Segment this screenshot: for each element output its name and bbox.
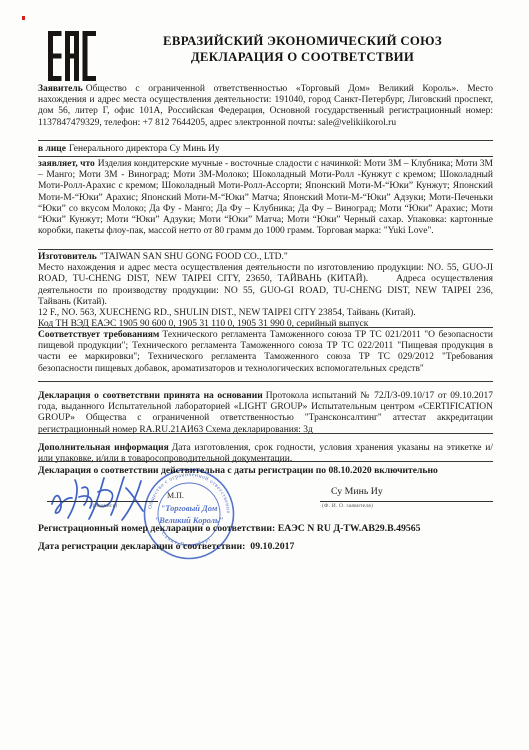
registration-number-line: Регистрационный номер декларации о соотв… xyxy=(38,523,493,534)
additional-info-section: Дополнительная информацияДата изготовлен… xyxy=(38,443,493,465)
manufacturer-name: "TAIWAN SAN SHU GONG FOOD CO., LTD." xyxy=(100,252,288,262)
applicant-text: Общество с ограниченной ответственностью… xyxy=(38,84,493,128)
scan-artifact-dot xyxy=(22,16,25,20)
signatory-caption: (Ф. И. О. заявителя) xyxy=(322,503,373,509)
in-person-text: Генерального директора Су Минь Иу xyxy=(69,144,220,154)
declares-text: Изделия кондитерские мучные - восточные … xyxy=(38,159,493,236)
in-person-label: в лице xyxy=(38,144,66,154)
registration-number-label: Регистрационный номер декларации о соотв… xyxy=(38,523,275,534)
manufacturer-section: Изготовитель"TAIWAN SAN SHU GONG FOOD CO… xyxy=(38,252,493,330)
applicant-label: Заявитель xyxy=(38,84,83,94)
registration-date-value: 09.10.2017 xyxy=(250,541,294,552)
registration-date-line: Дата регистрации декларации о соответств… xyxy=(38,541,493,552)
section-divider xyxy=(38,461,493,462)
declares-label: заявляет, что xyxy=(38,159,95,169)
applicant-section: ЗаявительОбщество с ограниченной ответст… xyxy=(38,84,493,129)
complies-label: Соответствует требованиям xyxy=(38,330,159,340)
title-line-2: ДЕКЛАРАЦИЯ О СООТВЕТСТВИИ xyxy=(75,49,529,65)
manufacturer-address: Место нахождения и адрес места осуществл… xyxy=(38,263,493,308)
basis-section: Декларация о соответствии принята на осн… xyxy=(38,391,493,436)
declares-section: заявляет, чтоИзделия кондитерские мучные… xyxy=(38,159,493,237)
section-divider xyxy=(38,327,493,328)
stamp-center-line1: "Торговый Дом xyxy=(161,504,218,513)
manufacturer-tnved-code: Код ТН ВЭД ЕАЭС 1905 90 600 0, 1905 31 1… xyxy=(38,319,493,330)
section-divider xyxy=(38,156,493,157)
registration-date-label: Дата регистрации декларации о соответств… xyxy=(38,541,245,552)
registration-number-value: ЕАЭС N RU Д-TW.АВ29.В.49565 xyxy=(278,523,421,534)
signatory-name: Су Минь Иу xyxy=(331,486,383,497)
signatory-line xyxy=(320,501,493,502)
declaration-document: ЕВРАЗИЙСКИЙ ЭКОНОМИЧЕСКИЙ СОЮЗ ДЕКЛАРАЦИ… xyxy=(0,0,529,750)
signature-caption: (подпись) xyxy=(70,503,140,509)
in-person-section: в лицеГенерального директора Су Минь Иу xyxy=(38,144,493,155)
manufacturer-label: Изготовитель xyxy=(38,252,97,262)
section-divider xyxy=(38,140,493,141)
complies-section: Соответствует требованиямТехнического ре… xyxy=(38,330,493,375)
section-divider xyxy=(38,381,493,382)
additional-info-label: Дополнительная информация xyxy=(38,443,169,453)
document-title: ЕВРАЗИЙСКИЙ ЭКОНОМИЧЕСКИЙ СОЮЗ ДЕКЛАРАЦИ… xyxy=(75,33,529,65)
manufacturer-address2: 12 F., NO. 563, XUECHENG RD., SHULIN DIS… xyxy=(38,308,493,319)
section-divider xyxy=(38,433,493,434)
basis-label: Декларация о соответствии принята на осн… xyxy=(38,391,263,401)
section-divider xyxy=(38,249,493,250)
title-line-1: ЕВРАЗИЙСКИЙ ЭКОНОМИЧЕСКИЙ СОЮЗ xyxy=(75,33,529,49)
